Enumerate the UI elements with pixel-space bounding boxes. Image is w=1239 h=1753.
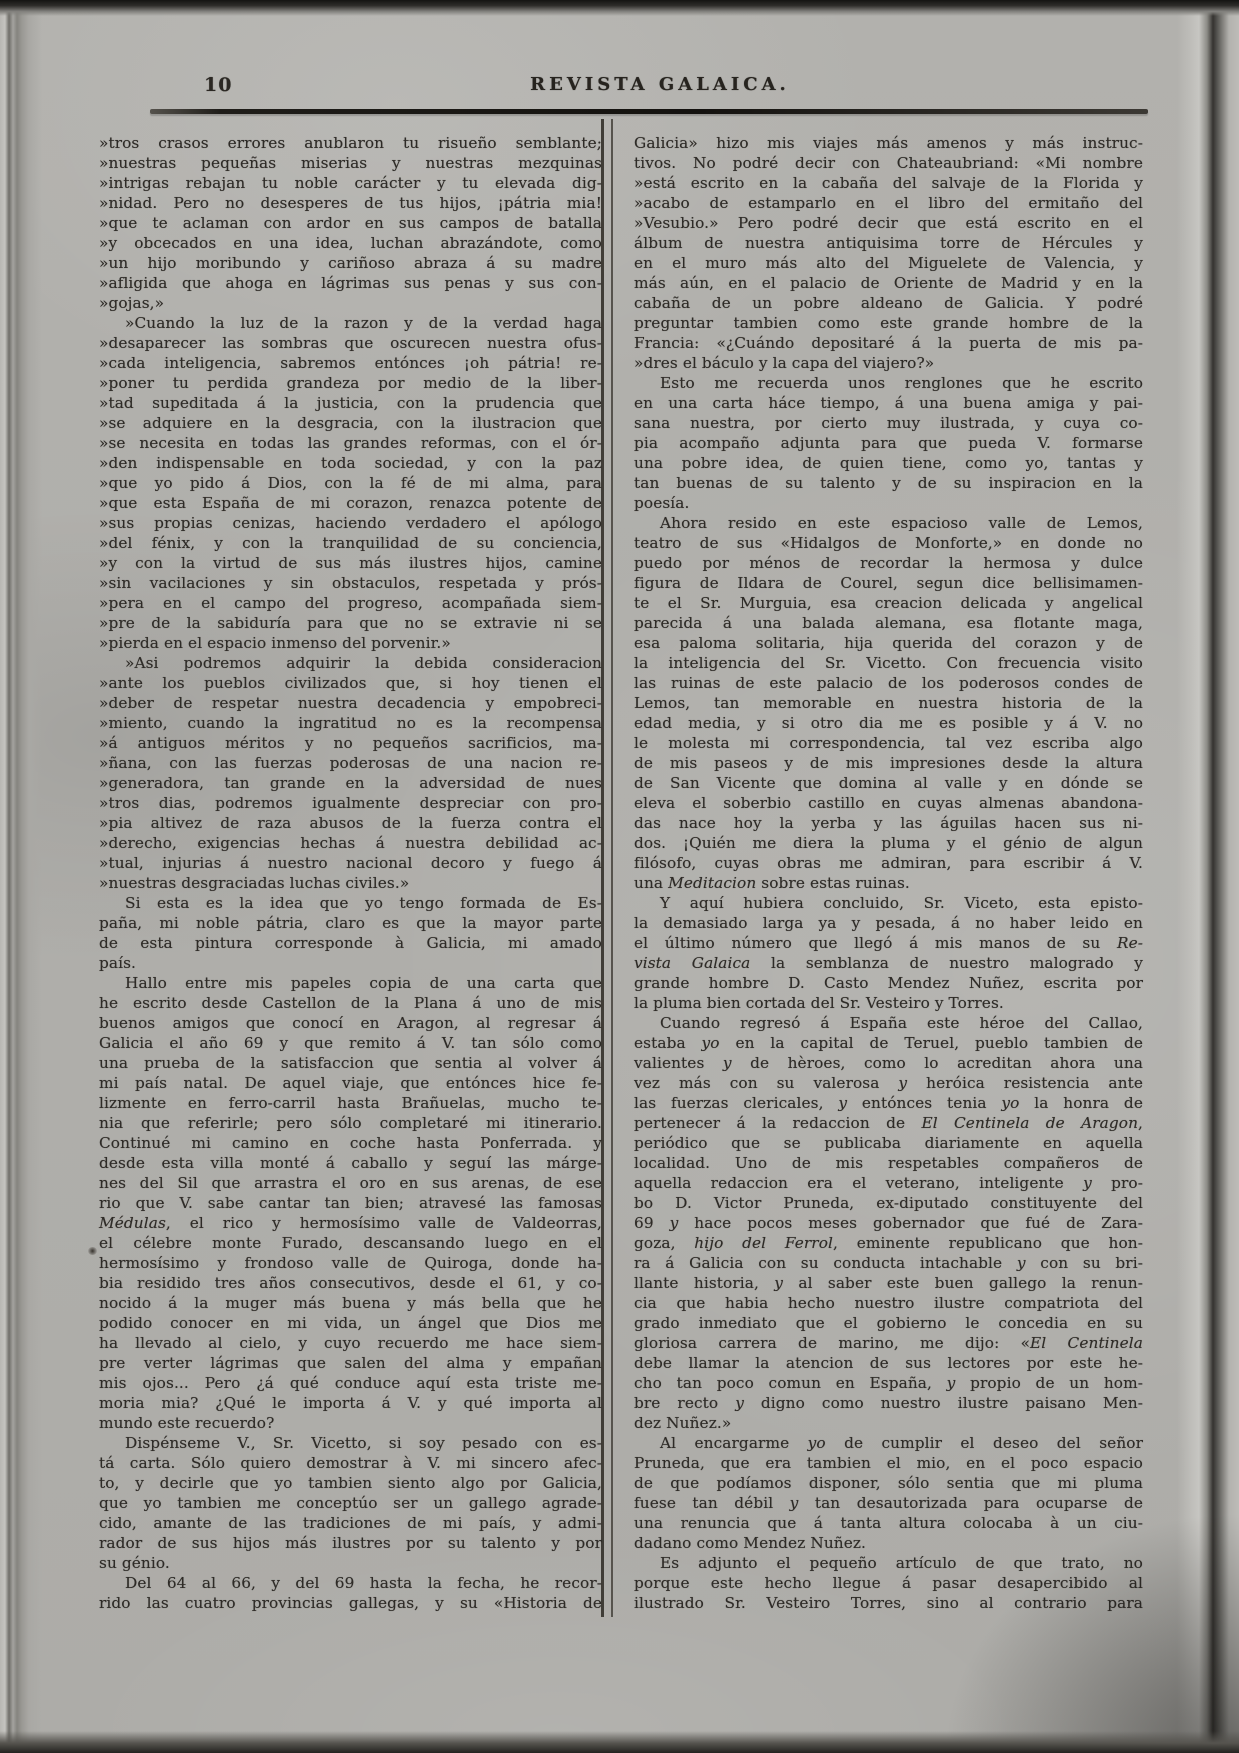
text-line: puedo por ménos de recordar la hermosa y… — [634, 553, 1143, 573]
text-line: pia acompaño adjunta para que pueda V. f… — [634, 433, 1143, 453]
text-line: »y con la virtud de sus más ilustres hij… — [99, 553, 602, 573]
text-line: Francia: «¿Cuándo depositaré á la puerta… — [634, 333, 1143, 353]
text-line: ra á Galicia con su conducta intachable … — [634, 1253, 1143, 1273]
text-line: estaba yo en la capital de Teruel, puebl… — [634, 1033, 1143, 1053]
text-line: »ante los pueblos civilizados que, si ho… — [99, 673, 602, 693]
text-line: edad media, y si otro dia me es posible … — [634, 713, 1143, 733]
text-line: »afligida que ahoga en lágrimas sus pena… — [99, 273, 602, 293]
text-line: la pluma bien cortada del Sr. Vesteiro y… — [634, 993, 1143, 1013]
text-line: grande hombre D. Casto Mendez Nuñez, esc… — [634, 973, 1143, 993]
text-line: periódico que se publicaba diariamente e… — [634, 1133, 1143, 1153]
text-line: el célebre monte Furado, descansando lue… — [99, 1233, 602, 1253]
text-line: una Meditacion sobre estas ruinas. — [634, 873, 1143, 893]
text-line: Si esta es la idea que yo tengo formada … — [99, 893, 602, 913]
text-line: álbum de nuestra antiquisima torre de Hé… — [634, 233, 1143, 253]
text-line: Al encargarme yo de cumplir el deseo del… — [634, 1433, 1143, 1453]
text-line: tivos. No podré decir con Chateaubriand:… — [634, 153, 1143, 173]
text-line: dos. ¡Quién me diera la pluma y el génio… — [634, 833, 1143, 853]
text-line: Esto me recuerda unos renglones que he e… — [634, 373, 1143, 393]
text-line: pre verter lágrimas que salen del alma y… — [99, 1353, 602, 1373]
text-line: llante historia, y al saber este buen ga… — [634, 1273, 1143, 1293]
text-line: nes del Sil que arrastra el oro en sus a… — [99, 1173, 602, 1193]
text-line: en una carta háce tiempo, á una buena am… — [634, 393, 1143, 413]
text-line: »cada inteligencia, sabremos entónces ¡o… — [99, 353, 602, 373]
text-line: vista Galaica la semblanza de nuestro ma… — [634, 953, 1143, 973]
text-line: »poner tu perdida grandeza por medio de … — [99, 373, 602, 393]
text-line: das nace hoy la yerba y las águilas hace… — [634, 813, 1143, 833]
text-line: paña, mi noble pátria, claro es que la m… — [99, 913, 602, 933]
text-line: teatro de sus «Hidalgos de Monforte,» en… — [634, 533, 1143, 553]
text-line: »á antiguos méritos y no pequeños sacrif… — [99, 733, 602, 753]
text-line: te el Sr. Murguia, esa creacion delicada… — [634, 593, 1143, 613]
ink-spot — [88, 1247, 97, 1255]
text-line: país. — [99, 953, 602, 973]
text-line: »tad supeditada á la justicia, con la pr… — [99, 393, 602, 413]
text-line: cabaña de un pobre aldeano de Galicia. Y… — [634, 293, 1143, 313]
text-line: »Cuando la luz de la razon y de la verda… — [99, 313, 602, 333]
text-line: »que yo pido á Dios, con la fé de mi alm… — [99, 473, 602, 493]
text-line: bia residido tres años consecutivos, des… — [99, 1273, 602, 1293]
text-line: Cuando regresó á España este héroe del C… — [634, 1013, 1143, 1033]
text-line: tá carta. Sólo quiero demostrar à V. mi … — [99, 1453, 602, 1473]
text-line: esa paloma solitaria, hija querida del c… — [634, 633, 1143, 653]
text-line: localidad. Uno de mis respetables compañ… — [634, 1153, 1143, 1173]
text-line: nocido á la muger más buena y más bella … — [99, 1293, 602, 1313]
journal-title: REVISTA GALAICA. — [160, 74, 1160, 95]
text-line: filósofo, cuyas obras me admiran, para e… — [634, 853, 1143, 873]
text-line: las ruinas de este palacio de los podero… — [634, 673, 1143, 693]
column-divider — [601, 119, 613, 1617]
text-line: aquella redaccion era el veterano, intel… — [634, 1173, 1143, 1193]
text-line: »sus propias cenizas, haciendo verdadero… — [99, 513, 602, 533]
text-line: he escrito desde Castellon de la Plana á… — [99, 993, 602, 1013]
text-line: Continué mi camino en coche hasta Ponfer… — [99, 1133, 602, 1153]
text-line: mundo este recuerdo? — [99, 1413, 602, 1433]
text-line: de San Vicente que domina al valle y en … — [634, 773, 1143, 793]
text-line: Médulas, el rico y hermosísimo valle de … — [99, 1213, 602, 1233]
text-line: Galicia» hizo mis viajes más amenos y má… — [634, 133, 1143, 153]
text-line: Hallo entre mis papeles copia de una car… — [99, 973, 602, 993]
text-line: »pia altivez de raza abusos de la fuerza… — [99, 813, 602, 833]
text-line: ha llevado al cielo, y cuyo recuerdo me … — [99, 1333, 602, 1353]
text-line: Ahora resido en este espacioso valle de … — [634, 513, 1143, 533]
left-text-column: »tros crasos errores anublaron tu risueñ… — [99, 133, 602, 1613]
header-rule — [150, 109, 1148, 114]
text-line: hermosísimo y frondoso valle de Quiroga,… — [99, 1253, 602, 1273]
text-line: »dres el báculo y la capa del viajero?» — [634, 353, 1143, 373]
text-line: »del fénix, y con la tranquilidad de su … — [99, 533, 602, 553]
text-line: de que podíamos disponer, sólo sentia qu… — [634, 1473, 1143, 1493]
text-line: »sin vacilaciones y sin obstaculos, resp… — [99, 573, 602, 593]
text-line: »se adquiere en la desgracia, con la ilu… — [99, 413, 602, 433]
text-line: »tros crasos errores anublaron tu risueñ… — [99, 133, 602, 153]
text-line: »pera en el campo del progreso, acompaña… — [99, 593, 602, 613]
text-line: goza, hijo del Ferrol, eminente republic… — [634, 1233, 1143, 1253]
book-spine-shadow — [0, 0, 42, 1753]
text-line: »Asi podremos adquirir la debida conside… — [99, 653, 602, 673]
text-line: »acabo de estamparlo en el libro del erm… — [634, 193, 1143, 213]
text-line: Y aquí hubiera concluido, Sr. Viceto, es… — [634, 893, 1143, 913]
text-line: 69 y hace pocos meses gobernador que fué… — [634, 1213, 1143, 1233]
text-line: »nuestras pequeñas miserias y nuestras m… — [99, 153, 602, 173]
text-line: »está escrito en la cabaña del salvaje d… — [634, 173, 1143, 193]
text-line: su génio. — [99, 1553, 602, 1573]
text-line: que yo tambien me conceptúo ser un galle… — [99, 1493, 602, 1513]
text-line: dez Nuñez.» — [634, 1413, 1143, 1433]
text-line: »Vesubio.» Pero podré decir que está esc… — [634, 213, 1143, 233]
scan-edge-bottom — [0, 1731, 1239, 1753]
text-line: »miento, cuando la ingratitud no es la r… — [99, 713, 602, 733]
text-line: »pre de la sabiduría para que no se extr… — [99, 613, 602, 633]
scan-edge-top — [0, 0, 1239, 16]
text-line: »desaparecer las sombras que oscurecen n… — [99, 333, 602, 353]
text-line: »intrigas rebajan tu noble carácter y tu… — [99, 173, 602, 193]
text-line: las fuerzas clericales, y entónces tenia… — [634, 1093, 1143, 1113]
text-line: grado inmediato que el gobierno le conce… — [634, 1313, 1143, 1333]
text-line: parecida á una balada alemana, esa flota… — [634, 613, 1143, 633]
text-line: rido las cuatro provincias gallegas, y s… — [99, 1593, 602, 1613]
text-line: poesía. — [634, 493, 1143, 513]
text-line: »generadora, tan grande en la adversidad… — [99, 773, 602, 793]
text-line: »se necesita en todas las grandes reform… — [99, 433, 602, 453]
text-line: la inteligencia del Sr. Vicetto. Con fre… — [634, 653, 1143, 673]
text-line: podido conocer en mi vida, un ángel que … — [99, 1313, 602, 1333]
text-line: Del 64 al 66, y del 69 hasta la fecha, h… — [99, 1573, 602, 1593]
text-line: en el muro más alto del Miguelete de Val… — [634, 253, 1143, 273]
text-line: nia que referirle; pero sólo completaré … — [99, 1113, 602, 1133]
text-line: »tros dias, podremos igualmente despreci… — [99, 793, 602, 813]
text-line: gloriosa carrera de marino, me dijo: «El… — [634, 1333, 1143, 1353]
text-line: »gojas,» — [99, 293, 602, 313]
text-line: »derecho, exigencias hechas á nuestra de… — [99, 833, 602, 853]
text-line: »que esta España de mi corazon, renazca … — [99, 493, 602, 513]
text-line: valientes y de hèroes, como lo acreditan… — [634, 1053, 1143, 1073]
text-line: de esta pintura corresponde à Galicia, m… — [99, 933, 602, 953]
text-line: »y obcecados en una idea, luchan abrazán… — [99, 233, 602, 253]
text-line: cia que habia hecho nuestro ilustre comp… — [634, 1293, 1143, 1313]
text-line: mis ojos... Pero ¿á qué conduce aquí est… — [99, 1373, 602, 1393]
text-line: bo D. Victor Pruneda, ex-diputado consti… — [634, 1193, 1143, 1213]
text-line: preguntar tambien como este grande hombr… — [634, 313, 1143, 333]
text-line: rio que V. sabe cantar tan bien; atraves… — [99, 1193, 602, 1213]
text-line: una prueba de la satisfaccion que sentia… — [99, 1053, 602, 1073]
right-text-column: Galicia» hizo mis viajes más amenos y má… — [634, 133, 1143, 1613]
text-line: figura de Ildara de Courel, segun dice b… — [634, 573, 1143, 593]
text-line: »un hijo moribundo y cariñoso abraza á s… — [99, 253, 602, 273]
text-line: »ñana, con las fuerzas poderosas de una … — [99, 753, 602, 773]
text-line: »nuestras desgraciadas luchas civiles.» — [99, 873, 602, 893]
text-line: bre recto y digno como nuestro ilustre p… — [634, 1393, 1143, 1413]
text-line: Pruneda, que era tambien el mio, en el p… — [634, 1453, 1143, 1473]
text-line: de mis paseos y de mis impresiones desde… — [634, 753, 1143, 773]
text-line: »tual, injurias á nuestro nacional decor… — [99, 853, 602, 873]
text-line: lizmente en ferro-carril hasta Brañuelas… — [99, 1093, 602, 1113]
text-line: »que te aclaman con ardor en sus campos … — [99, 213, 602, 233]
text-line: »den indispensable en toda sociedad, y c… — [99, 453, 602, 473]
text-line: sana nuestra, por cierto muy ilustrada, … — [634, 413, 1143, 433]
text-line: Lemos, tan memorable en nuestra historia… — [634, 693, 1143, 713]
text-line: Dispénseme V., Sr. Vicetto, si soy pesad… — [99, 1433, 602, 1453]
text-line: pertenecer á la redaccion de El Centinel… — [634, 1113, 1143, 1133]
text-line: rador de sus hijos más ilustres por su t… — [99, 1533, 602, 1553]
text-line: »deber de respetar nuestra decadencia y … — [99, 693, 602, 713]
text-line: vez más con su valerosa y heróica resist… — [634, 1073, 1143, 1093]
text-line: cho tan poco comun en España, y propio d… — [634, 1373, 1143, 1393]
page-edge-right — [1177, 0, 1239, 1753]
text-line: mi país natal. De aquel viaje, que entón… — [99, 1073, 602, 1093]
text-line: moria mia? ¿Qué le importa á V. y qué im… — [99, 1393, 602, 1413]
text-line: le molesta mi correspondencia, tal vez e… — [634, 733, 1143, 753]
text-line: »nidad. Pero no desesperes de tus hijos,… — [99, 193, 602, 213]
text-line: buenos amigos que conocí en Aragon, al r… — [99, 1013, 602, 1033]
text-line: una pobre idea, de quien tiene, como yo,… — [634, 453, 1143, 473]
text-line: debe llamar la atencion de sus lectores … — [634, 1353, 1143, 1373]
text-line: to, y decirle que yo tambien siento algo… — [99, 1473, 602, 1493]
text-line: tan buenas de su talento y de su inspira… — [634, 473, 1143, 493]
corner-shadow — [919, 1493, 1239, 1753]
text-line: »pierda en el espacio inmenso del porven… — [99, 633, 602, 653]
text-line: Galicia el año 69 y que remito á V. tan … — [99, 1033, 602, 1053]
text-line: eleva el soberbio castillo en cuyas alme… — [634, 793, 1143, 813]
text-line: más aún, en el palacio de Oriente de Mad… — [634, 273, 1143, 293]
text-line: desde esta villa monté á caballo y seguí… — [99, 1153, 602, 1173]
text-line: la demasiado larga ya y pesada, á no hab… — [634, 913, 1143, 933]
text-line: cido, amante de las tradiciones de mi pa… — [99, 1513, 602, 1533]
text-line: el último número que llegó á mis manos d… — [634, 933, 1143, 953]
